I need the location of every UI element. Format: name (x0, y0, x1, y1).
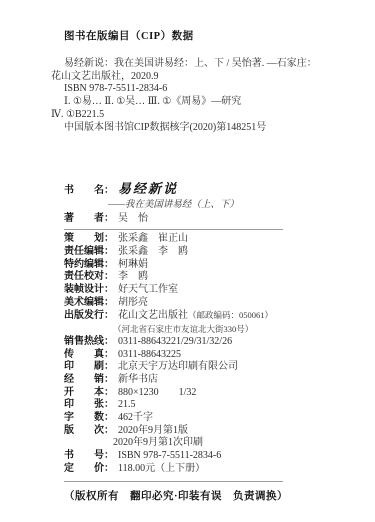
row-value: 2020年9月第1版 (118, 425, 188, 438)
row-label: 印 张： (64, 399, 114, 412)
author-name: 吴 怡 (118, 213, 148, 226)
row-label: 书 名： (64, 183, 114, 199)
row-label: 装帧设计： (64, 284, 114, 297)
row-value: 张采鑫 崔正山 (118, 233, 188, 246)
colophon-row: 经 销：新华书店 (64, 374, 334, 387)
row-value: 胡彤亮 (118, 297, 148, 310)
colophon-row: 字 数：462千字 (64, 412, 334, 425)
row-value: 462千字 (118, 412, 153, 425)
row-value: 张采鑫 李 鸥 (118, 246, 188, 259)
colophon-row: 特约编辑：柯琳娟 (64, 259, 334, 272)
book-title-row: 书 名： 易经新说 (64, 181, 334, 199)
colophon-row: 销售热线：0311-88643221/29/31/32/26 (64, 336, 334, 349)
row-value: 118.00元（上下册） (118, 463, 205, 476)
cip-line: 中国版本图书馆CIP数据核字(2020)第148251号 (51, 122, 343, 135)
row-label: 版 次： (64, 425, 114, 438)
copyright-notice: （版权所有 翻印必究·印装有误 负责调换） (64, 488, 334, 503)
cip-section: 图书在版编目（CIP）数据 易经新说：我在美国讲易经：上、下 / 吴怡著. —石… (51, 31, 343, 135)
row-value: 0311-88643225 (118, 349, 181, 362)
book-copyright-page: { "cip": { "heading": "图书在版编目（CIP）数据", "… (0, 0, 375, 522)
row-label: 字 数： (64, 412, 114, 425)
row-subline: 2020年9月第1次印刷 (113, 437, 334, 450)
row-label: 开 本： (64, 387, 114, 400)
row-label: 出版发行： (64, 310, 114, 323)
book-subtitle: ——我在美国讲易经（上、下） (108, 199, 334, 213)
colophon-row: 书 号：ISBN 978-7-5511-2834-6 (64, 450, 334, 463)
row-subline: （河北省石家庄市友谊北大街330号） (113, 323, 334, 336)
row-label: 责任编辑： (64, 246, 114, 259)
colophon-row: 定 价：118.00元（上下册） (64, 463, 334, 476)
row-label: 责任校对： (64, 271, 114, 284)
colophon-row: 开 本：880×1230 1/32 (64, 387, 334, 400)
colophon-row: 装帧设计：好天气工作室 (64, 284, 334, 297)
row-value: 柯琳娟 (118, 259, 148, 272)
divider-bottom (64, 481, 283, 482)
cip-line: Ⅳ. ①B221.5 (51, 109, 343, 122)
colophon-row: 印 张：21.5 (64, 399, 334, 412)
row-value: 花山文艺出版社 (118, 310, 188, 323)
row-label: 传 真： (64, 349, 114, 362)
row-value: 新华书店 (118, 374, 158, 387)
row-label: 著 者： (64, 213, 114, 226)
row-label: 策 划： (64, 233, 114, 246)
row-label: 销售热线： (64, 336, 114, 349)
row-note: （邮政编码：050061） (188, 309, 273, 322)
colophon-row: 责任校对：李 鸥 (64, 271, 334, 284)
row-label: 印 刷： (64, 361, 114, 374)
cip-line: ISBN 978-7-5511-2834-6 (51, 83, 343, 96)
colophon-row: 传 真：0311-88643225 (64, 349, 334, 362)
row-value: ISBN 978-7-5511-2834-6 (118, 450, 221, 463)
colophon-row: 责任编辑：张采鑫 李 鸥 (64, 246, 334, 259)
colophon-row: 版 次：2020年9月第1版 (64, 425, 334, 438)
row-value: 0311-88643221/29/31/32/26 (118, 336, 232, 349)
row-label: 书 号： (64, 450, 114, 463)
row-value: 880×1230 1/32 (118, 387, 196, 400)
cip-line: 易经新说：我在美国讲易经：上、下 / 吴怡著. —石家庄： (51, 58, 343, 71)
colophon-section: 书 名： 易经新说 ——我在美国讲易经（上、下） 著 者： 吴 怡 策 划：张采… (64, 181, 334, 503)
row-label: 特约编辑： (64, 259, 114, 272)
row-label: 定 价： (64, 463, 114, 476)
cip-line: 花山文艺出版社，2020.9 (51, 71, 343, 84)
cip-line: Ⅰ. ①易… Ⅱ. ①吴… Ⅲ. ①《周易》—研究 (51, 96, 343, 109)
colophon-row: 策 划：张采鑫 崔正山 (64, 233, 334, 246)
cip-heading: 图书在版编目（CIP）数据 (51, 31, 343, 44)
book-title: 易经新说 (118, 181, 178, 197)
divider-top (64, 229, 283, 230)
row-value: 李 鸥 (118, 271, 148, 284)
row-value: 21.5 (118, 399, 136, 412)
row-value: 好天气工作室 (118, 284, 178, 297)
author-row: 著 者： 吴 怡 (64, 213, 334, 226)
colophon-row: 出版发行：花山文艺出版社（邮政编码：050061） (64, 309, 334, 323)
row-label: 美术编辑： (64, 297, 114, 310)
colophon-rows: 策 划：张采鑫 崔正山责任编辑：张采鑫 李 鸥特约编辑：柯琳娟责任校对：李 鸥装… (64, 233, 334, 475)
row-value: 北京天宇万达印刷有限公司 (118, 361, 238, 374)
row-label: 经 销： (64, 374, 114, 387)
colophon-row: 美术编辑：胡彤亮 (64, 297, 334, 310)
colophon-row: 印 刷：北京天宇万达印刷有限公司 (64, 361, 334, 374)
